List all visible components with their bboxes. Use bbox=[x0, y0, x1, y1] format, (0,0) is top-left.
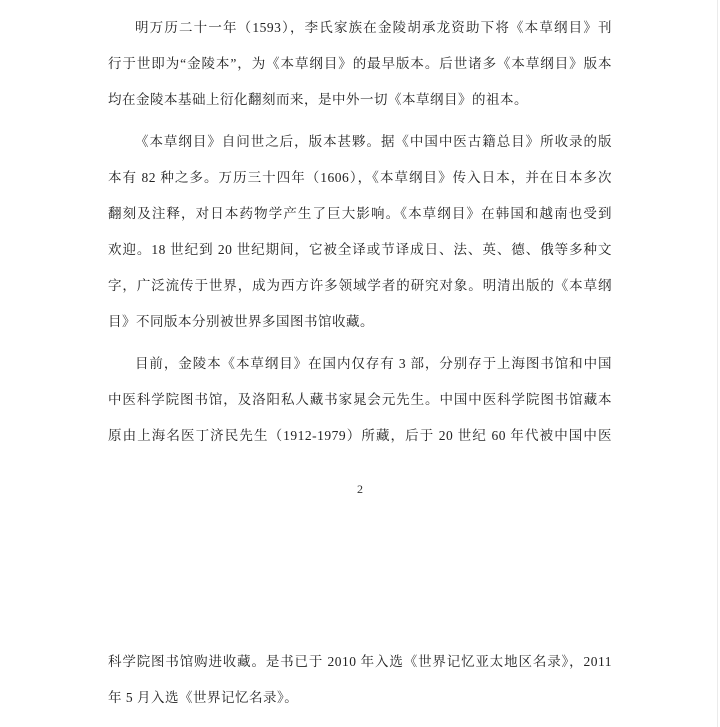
page3-text: 科学院图书馆购进收藏。是书已于 2010 年入选《世界记忆亚太地区名录》，201… bbox=[108, 644, 612, 716]
paragraph: 目前，金陵本《本草纲目》在国内仅存有 3 部，分别存于上海图书馆和中国中医科学院… bbox=[108, 346, 612, 454]
text-line: 行于世即为“金陵本”，为《本草纲目》的最早版本。后世诸多《本草纲目》版本 bbox=[108, 46, 612, 82]
text-line: 科学院图书馆购进收藏。是书已于 2010 年入选《世界记忆亚太地区名录》，201… bbox=[108, 644, 612, 680]
paragraph: 明万历二十一年（1593），李氏家族在金陵胡承龙资助下将《本草纲目》刊行于世即为… bbox=[108, 10, 612, 118]
text-line: 原由上海名医丁济民先生（1912-1979）所藏，后于 20 世纪 60 年代被… bbox=[108, 418, 612, 454]
page-edge-line bbox=[717, 0, 718, 727]
text-line: 目前，金陵本《本草纲目》在国内仅存有 3 部，分别存于上海图书馆和中国 bbox=[108, 346, 612, 382]
text-line: 均在金陵本基础上衍化翻刻而来，是中外一切《本草纲目》的祖本。 bbox=[108, 82, 612, 118]
document-page: 明万历二十一年（1593），李氏家族在金陵胡承龙资助下将《本草纲目》刊行于世即为… bbox=[0, 0, 720, 727]
page2-text: 明万历二十一年（1593），李氏家族在金陵胡承龙资助下将《本草纲目》刊行于世即为… bbox=[108, 10, 612, 454]
text-line: 翻刻及注释，对日本药物学产生了巨大影响。《本草纲目》在韩国和越南也受到 bbox=[108, 196, 612, 232]
text-line: 目》不同版本分别被世界多国图书馆收藏。 bbox=[108, 304, 612, 340]
page-number: 2 bbox=[108, 478, 612, 500]
text-line: 中医科学院图书馆，及洛阳私人藏书家晁会元先生。中国中医科学院图书馆藏本 bbox=[108, 382, 612, 418]
text-line: 欢迎。18 世纪到 20 世纪期间，它被全译或节译成日、法、英、德、俄等多种文 bbox=[108, 232, 612, 268]
text-line: 《本草纲目》自问世之后，版本甚夥。据《中国中医古籍总目》所收录的版 bbox=[108, 124, 612, 160]
text-line: 字，广泛流传于世界，成为西方许多领域学者的研究对象。明清出版的《本草纲 bbox=[108, 268, 612, 304]
paragraph: 科学院图书馆购进收藏。是书已于 2010 年入选《世界记忆亚太地区名录》，201… bbox=[108, 644, 612, 716]
paragraph: 《本草纲目》自问世之后，版本甚夥。据《中国中医古籍总目》所收录的版本有 82 种… bbox=[108, 124, 612, 340]
text-line: 明万历二十一年（1593），李氏家族在金陵胡承龙资助下将《本草纲目》刊 bbox=[108, 10, 612, 46]
text-line: 年 5 月入选《世界记忆名录》。 bbox=[108, 680, 612, 716]
text-line: 本有 82 种之多。万历三十四年（1606），《本草纲目》传入日本，并在日本多次 bbox=[108, 160, 612, 196]
